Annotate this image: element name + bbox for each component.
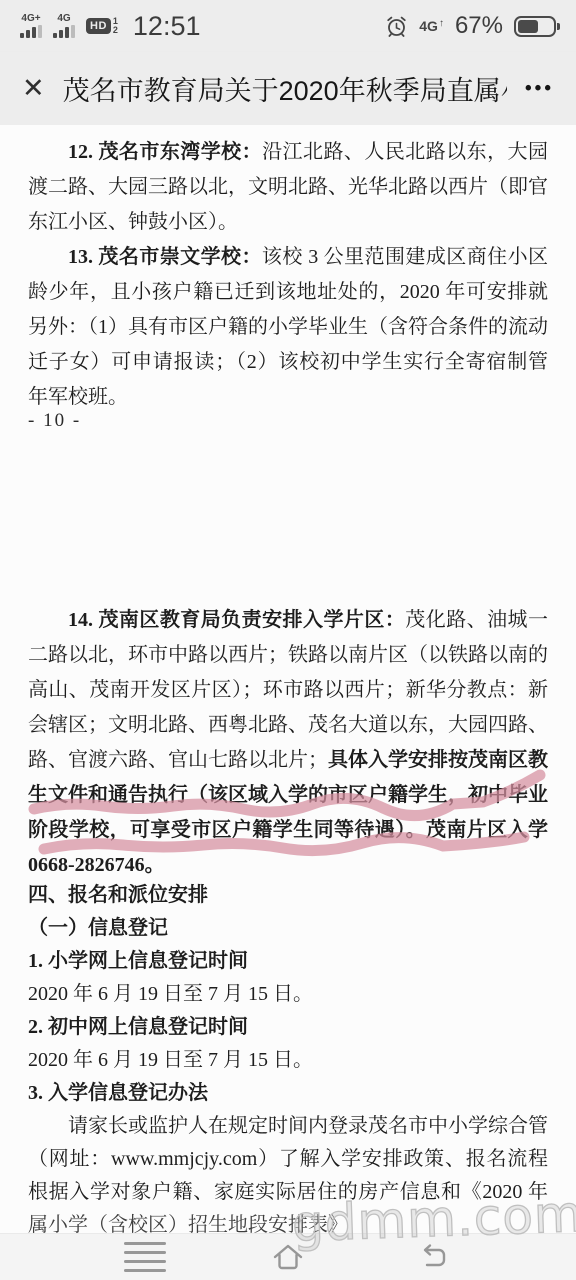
doc-line: 迁子女）可申请报读；（2）该校初中学生实行全寄宿制管理，含少 xyxy=(28,345,548,380)
item-1-title: 1. 小学网上信息登记时间 xyxy=(28,945,548,978)
doc-line: 龄少年，且小孩户籍已迁到该地址处的，2020 年可安排就读该校。 xyxy=(28,275,548,310)
paragraph-15: 请家长或监护人在规定时间内登录茂名市中小学综合管理平台 （网址：www.mmjc… xyxy=(28,1110,548,1242)
doc-line: 渡二路、大园三路以北，文明北路、光华北路以西片（即官渡小区、 xyxy=(28,170,548,205)
doc-line: 生文件和通告执行（该区域入学的市区户籍学生，初中毕业升高中 xyxy=(28,778,548,813)
school-12-name: 12. 茂名市东湾学校： xyxy=(68,141,262,163)
doc-line: 阶段学校，可享受市区户籍学生同等待遇）。茂南片区入学咨询电话： xyxy=(28,813,548,848)
doc-line: 东江小区、钟鼓小区）。 xyxy=(28,205,548,240)
item-1-date: 2020 年 6 月 19 日至 7 月 15 日。 xyxy=(28,978,548,1011)
doc-line: 另外：（1）具有市区户籍的小学毕业生（含符合条件的流动人员随 xyxy=(28,310,548,345)
signal-bars-icon xyxy=(20,25,42,38)
status-bar: 4G+ 4G HD 1 2 12:51 xyxy=(0,0,576,52)
sim1-network-label: 4G+ xyxy=(21,14,40,24)
more-menu-button[interactable]: ••• xyxy=(525,78,554,100)
mobile-data-icon: 4G ↑ xyxy=(419,19,444,33)
back-button[interactable] xyxy=(417,1243,449,1271)
item-2-title: 2. 初中网上信息登记时间 xyxy=(28,1011,548,1044)
doc-line: 根据入学对象户籍、家庭实际居住的房产信息和《2020 年秋季局直 xyxy=(28,1176,548,1209)
paragraph-14: 14. 茂南区教育局负责安排入学片区：茂化路、油城一路、油城 二路以北，环市中路… xyxy=(28,603,548,883)
signal-sim2-icon: 4G xyxy=(53,14,75,38)
section-4-sub1-heading: （一）信息登记 xyxy=(28,912,548,945)
battery-percent: 67% xyxy=(455,12,503,40)
paragraph-12: 12. 茂名市东湾学校：沿江北路、人民北路以东，大园一路、官 渡二路、大园三路以… xyxy=(28,135,548,240)
sim2-number: 2 xyxy=(113,26,118,35)
data-network-label: 4G xyxy=(419,19,438,33)
doc-line: 二路以北，环市中路以西片；铁路以南片区（以铁路以南的新坡、 xyxy=(28,638,548,673)
close-button[interactable]: ✕ xyxy=(22,73,45,104)
hd-volte-icon: HD 1 2 xyxy=(86,17,118,35)
doc-line: 路、官渡六路、官山七路以北片；具体入学安排按茂南区教育局招 xyxy=(28,743,548,778)
sim2-network-label: 4G xyxy=(57,14,70,24)
doc-line: 高山、茂南开发区片区）；环市路以西片；新华分教点：新华南居委 xyxy=(28,673,548,708)
item-2-date: 2020 年 6 月 19 日至 7 月 15 日。 xyxy=(28,1044,548,1077)
doc-line: 会辖区；文明北路、西粤北路、茂名大道以东，大园四路、大园五 xyxy=(28,708,548,743)
doc-line: 13. 茂名市崇文学校：该校 3 公里范围建成区商住小区的市民适 xyxy=(28,240,548,275)
alarm-clock-icon xyxy=(385,15,408,38)
consultation-phone-line: 0668-2826746。 xyxy=(28,848,548,883)
title-bar: ✕ 茂名市教育局关于2020年秋季局直属小… ••• xyxy=(0,52,576,125)
registration-url-line: （网址：www.mmjcjy.com）了解入学安排政策、报名流程等信息。 xyxy=(28,1143,548,1176)
doc-line: 14. 茂南区教育局负责安排入学片区：茂化路、油城一路、油城 xyxy=(28,603,548,638)
school-13-name: 13. 茂名市崇文学校： xyxy=(68,246,262,268)
paragraph-13: 13. 茂名市崇文学校：该校 3 公里范围建成区商住小区的市民适 龄少年，且小孩… xyxy=(28,240,548,415)
hd-badge: HD xyxy=(86,18,111,34)
battery-icon xyxy=(514,16,556,37)
status-time: 12:51 xyxy=(133,11,201,42)
district-14-name: 14. 茂南区教育局负责安排入学片区： xyxy=(68,609,405,631)
menu-button[interactable] xyxy=(124,1242,166,1272)
signal-bars-icon xyxy=(53,25,75,38)
doc-line: 请家长或监护人在规定时间内登录茂名市中小学综合管理平台 xyxy=(28,1110,548,1143)
home-button[interactable] xyxy=(271,1241,305,1273)
section-4-heading: 四、报名和派位安排 xyxy=(28,879,548,912)
signal-sim1-icon: 4G+ xyxy=(20,14,42,38)
navigation-bar xyxy=(0,1233,576,1280)
document-view[interactable]: 12. 茂名市东湾学校：沿江北路、人民北路以东，大园一路、官 渡二路、大园三路以… xyxy=(0,125,576,1280)
data-arrow-icon: ↑ xyxy=(439,19,444,29)
doc-line: 12. 茂名市东湾学校：沿江北路、人民北路以东，大园一路、官 xyxy=(28,135,548,170)
item-3-title: 3. 入学信息登记办法 xyxy=(28,1077,548,1110)
phone-screen: 4G+ 4G HD 1 2 12:51 xyxy=(0,0,576,1280)
page-title: 茂名市教育局关于2020年秋季局直属小… xyxy=(63,69,507,108)
